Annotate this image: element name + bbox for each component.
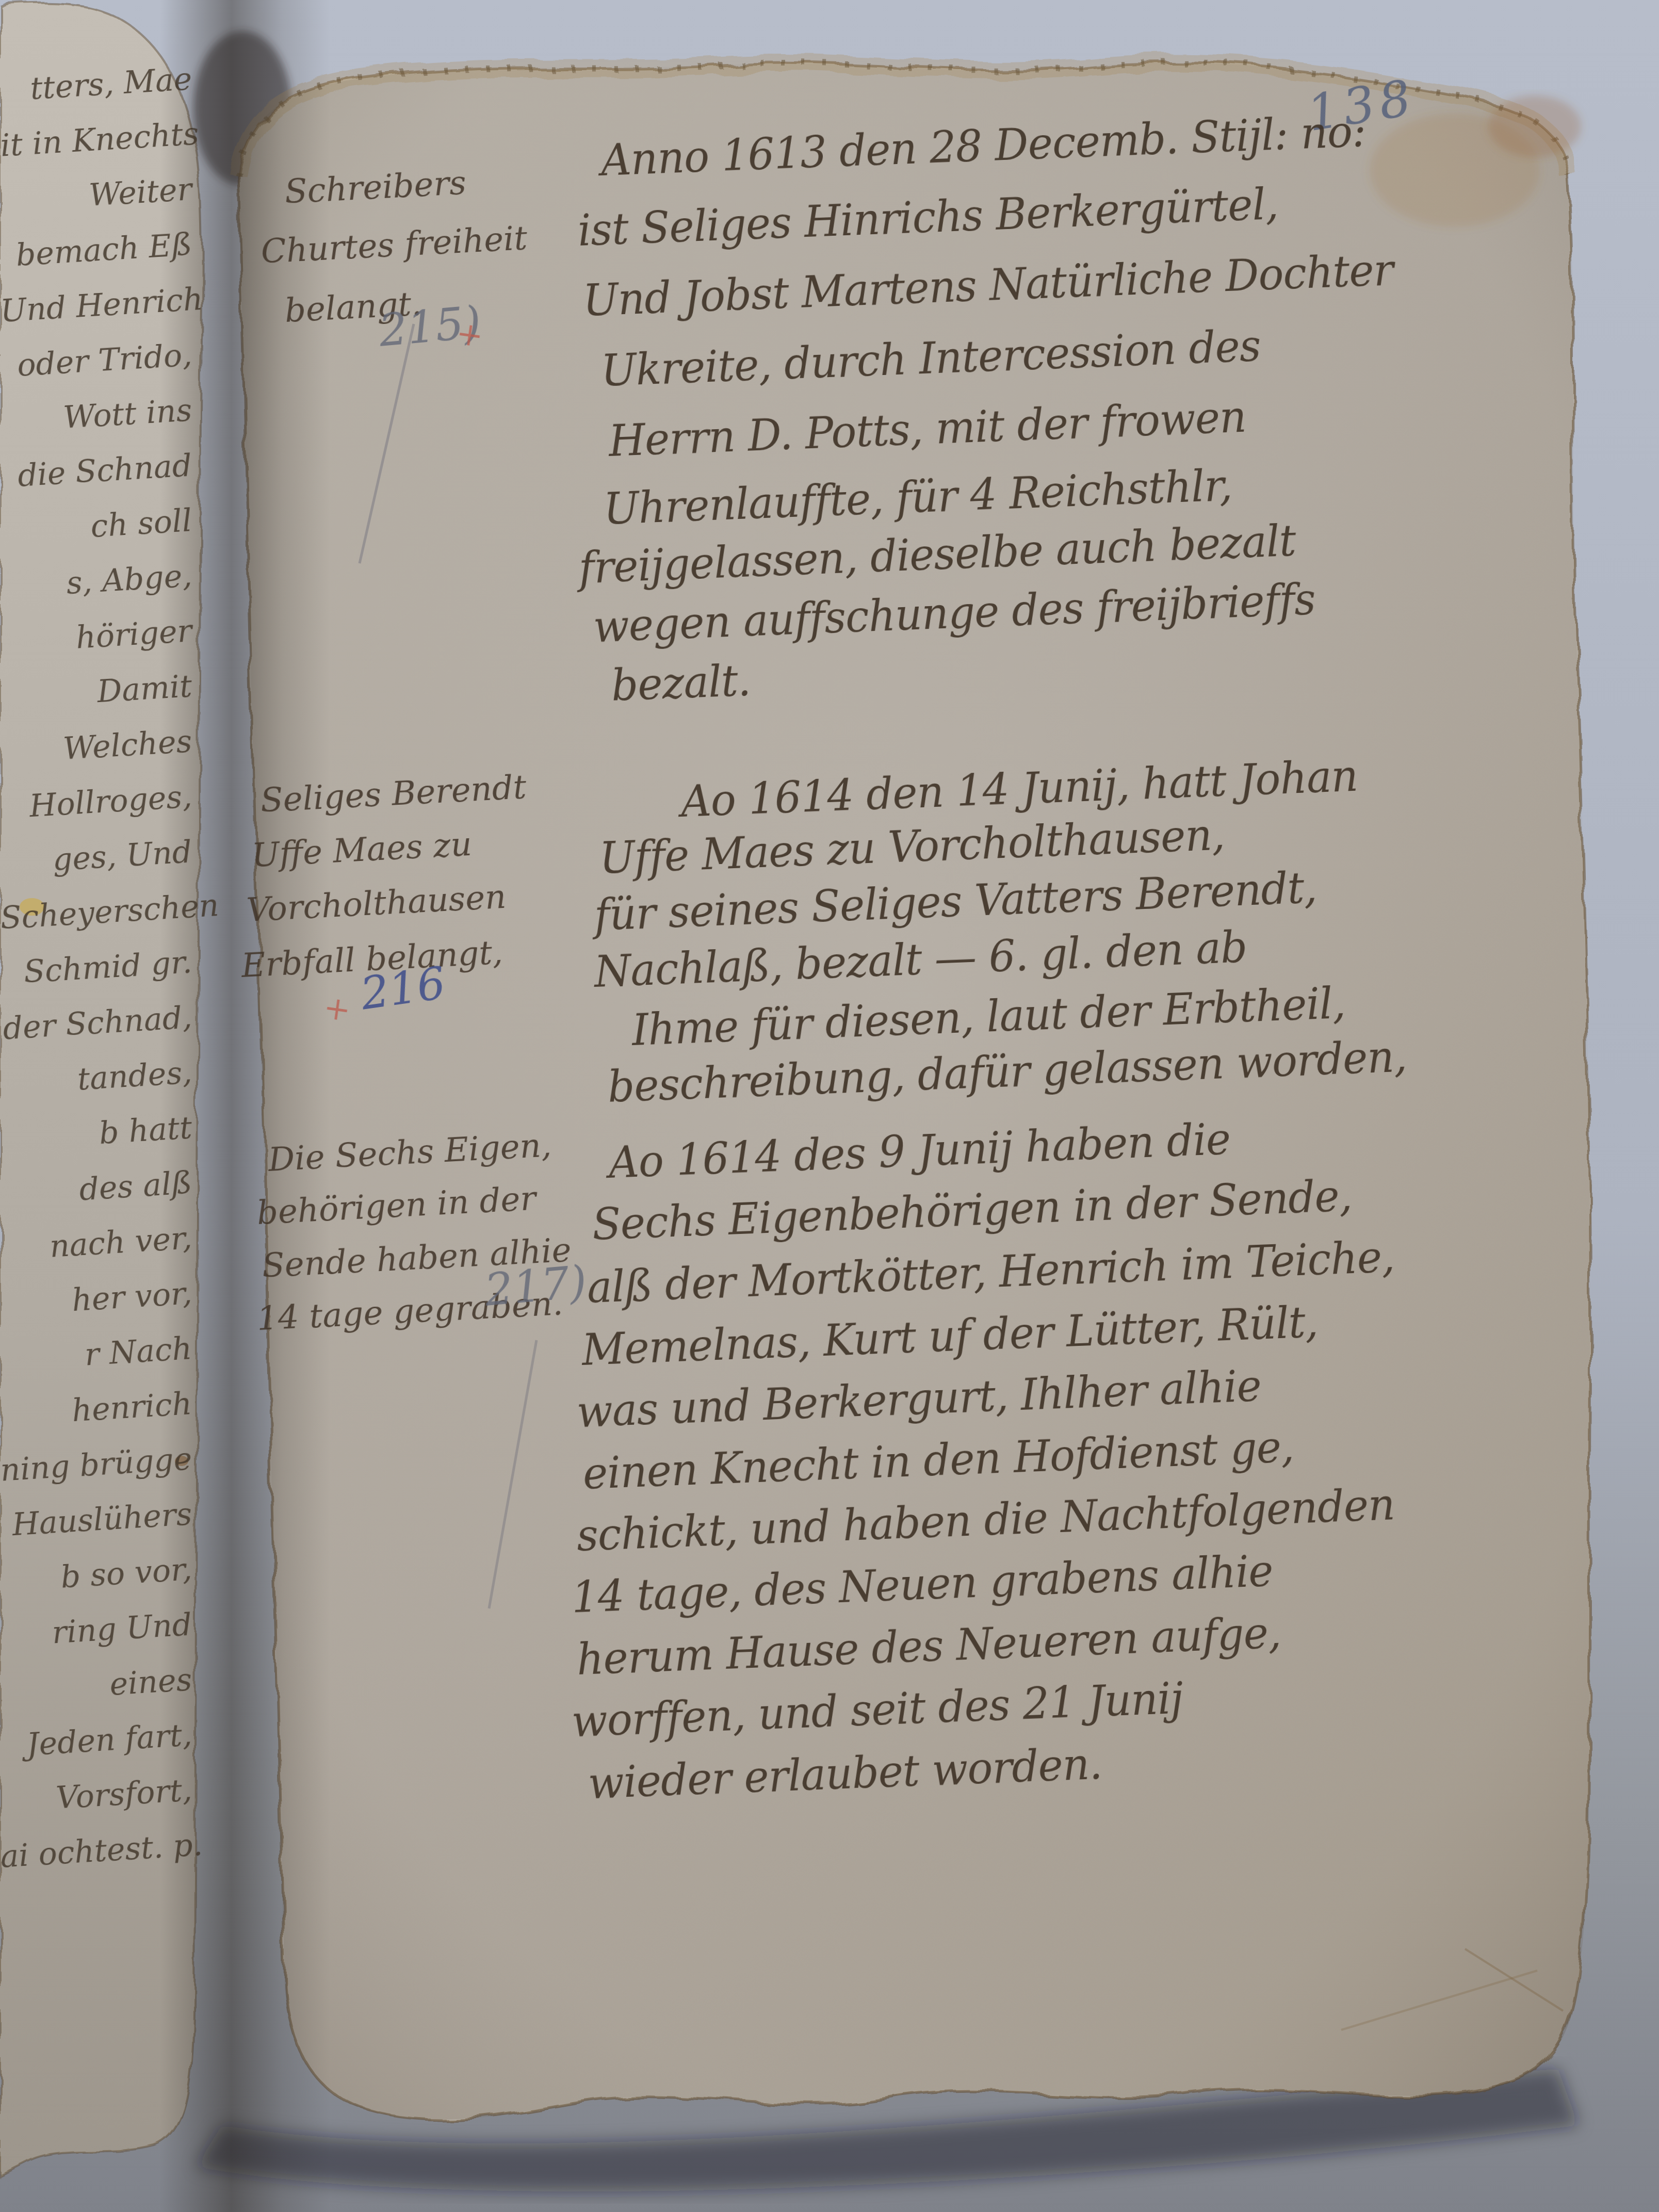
manuscript-photo: tters, Mae it in Knechts Weiter bemach E… xyxy=(0,0,1659,2212)
binding-gutter-shadow xyxy=(160,0,330,2212)
manuscript-line: bezalt. xyxy=(610,655,751,711)
index-number: 217) xyxy=(483,1256,589,1316)
photo-background xyxy=(0,0,1659,2212)
stain-top-right-small xyxy=(1488,95,1581,157)
red-cross-mark: + xyxy=(454,314,486,355)
red-cross-mark: + xyxy=(321,988,353,1029)
